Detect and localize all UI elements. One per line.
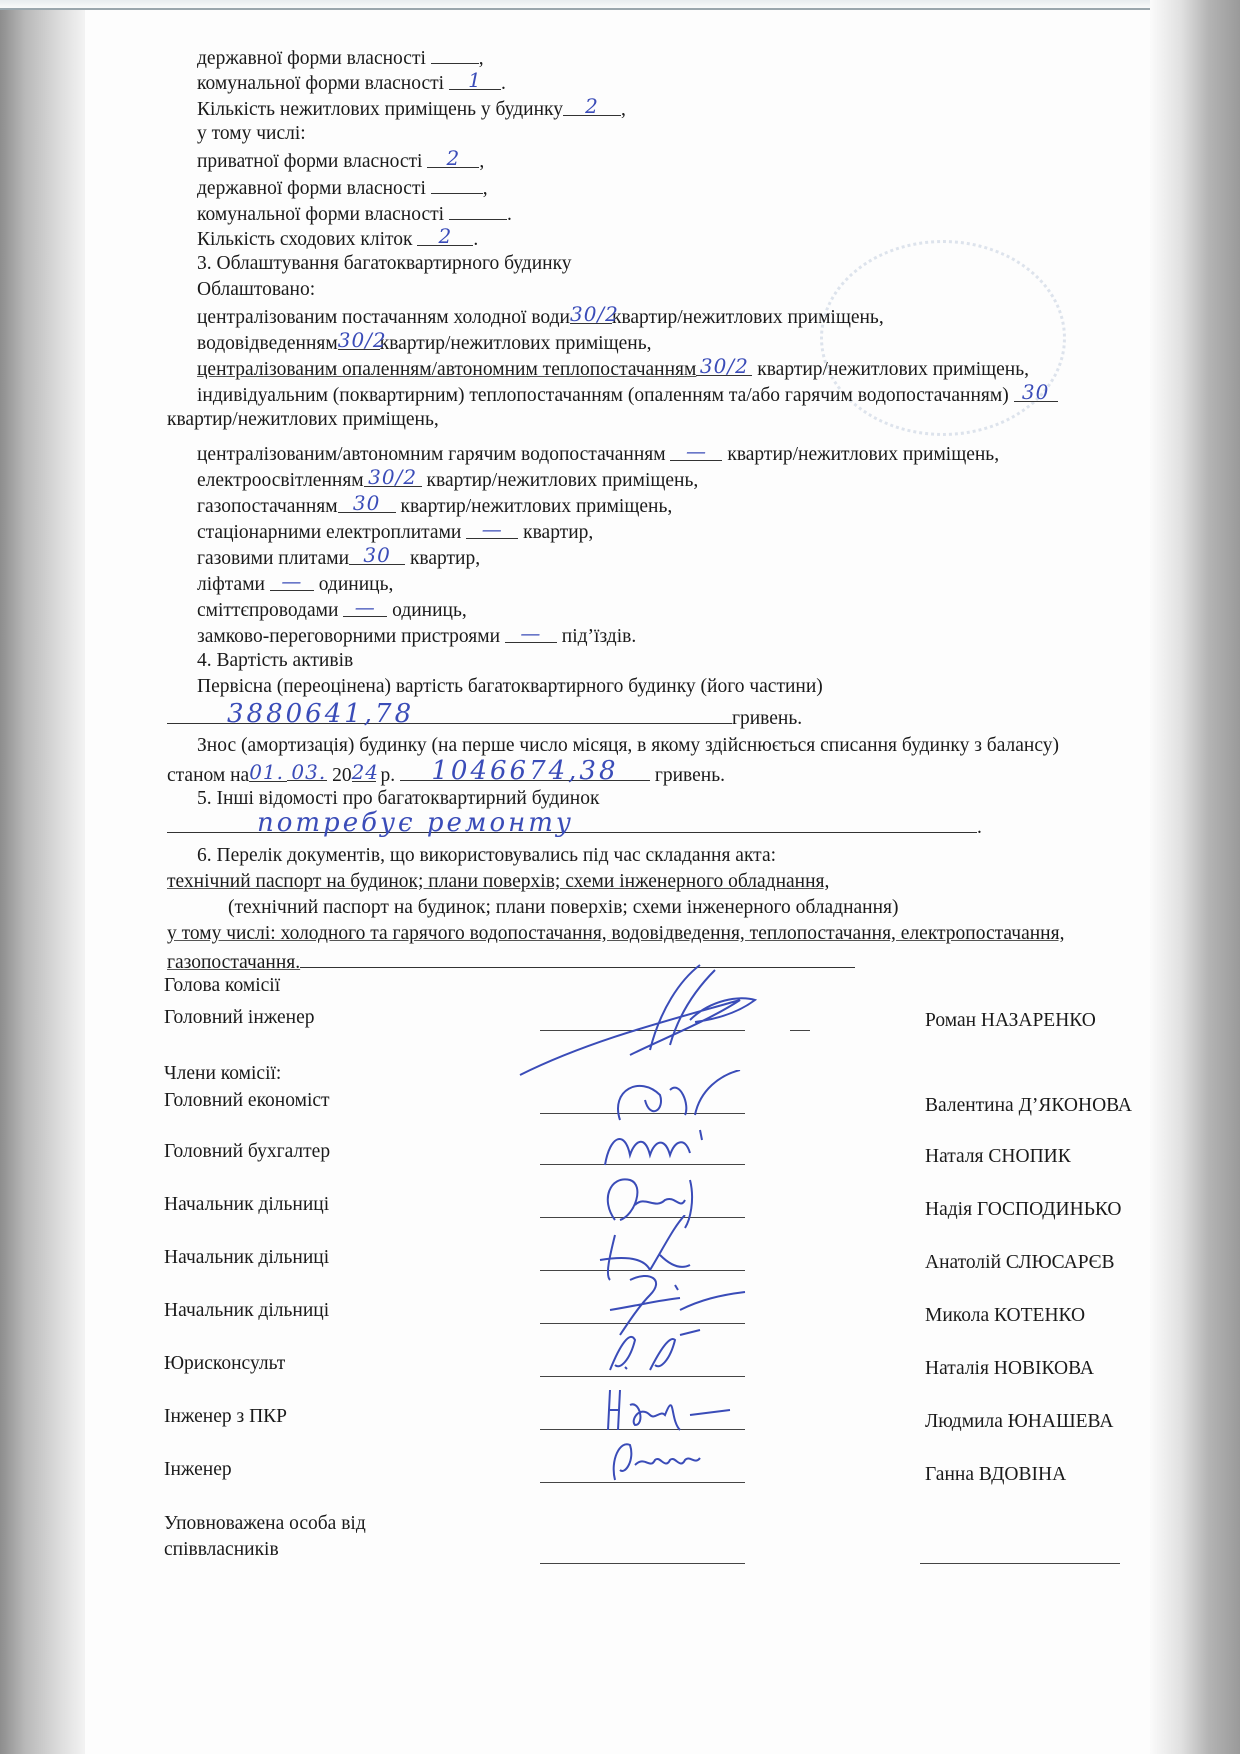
scan-left-shadow <box>0 10 85 1754</box>
amenity-gas-supply: газопостачанням30 квартир/нежитлових при… <box>197 492 672 520</box>
coowners-label-line2: співвласників <box>164 1539 279 1561</box>
signature-scribble <box>590 1430 720 1490</box>
amenity-electric-stoves: стаціонарними електроплитами — квартир, <box>197 518 593 546</box>
coowners-signature-line[interactable] <box>540 1563 745 1564</box>
electric-stoves-field[interactable]: — <box>466 518 518 539</box>
communal-ownership-field[interactable]: 1 <box>449 69 501 90</box>
elevators-field[interactable]: — <box>270 570 314 591</box>
date-day-field[interactable]: 01. 03. <box>249 761 287 782</box>
depreciation-label: Знос (амортизація) будинку (на перше чис… <box>197 733 1059 759</box>
signer-name: Роман НАЗАРЕНКО <box>925 1010 1096 1032</box>
signature-scribble <box>590 1325 720 1380</box>
individual-heating-field[interactable]: 30 <box>1014 381 1058 402</box>
gas-supply-field[interactable]: 30 <box>338 492 396 513</box>
communal-ownership-line: комунальної форми власності 1. <box>197 69 506 97</box>
nonresidential-count-field[interactable]: 2 <box>563 95 621 116</box>
signer-name: Анатолій СЛЮСАРЄВ <box>925 1252 1115 1274</box>
amenity-electric-lighting: електроосвітленням30/2 квартир/нежитлови… <box>197 466 698 494</box>
documents-line2: у тому числі: холодного та гарячого водо… <box>167 921 1064 947</box>
signer-role: Юрисконсульт <box>164 1353 285 1375</box>
signer-name: Наталія НОВІКОВА <box>925 1358 1094 1380</box>
including-label: у тому числі: <box>197 121 306 147</box>
initial-value-field[interactable]: 3880641,78 <box>167 703 732 724</box>
private-ownership-line: приватної форми власності 2, <box>197 147 484 175</box>
signer-role: Головний економіст <box>164 1090 330 1112</box>
amenity-cold-water: централізованим постачанням холодної вод… <box>197 303 884 331</box>
cold-water-field[interactable]: 30/2 <box>570 303 612 324</box>
intercoms-field[interactable]: — <box>505 622 557 643</box>
electric-lighting-field[interactable]: 30/2 <box>364 466 422 487</box>
state-ownership-line: державної форми власності , <box>197 43 484 72</box>
signer-role: Інженер <box>164 1459 232 1481</box>
nonres-communal-ownership-line: комунальної форми власності . <box>197 199 512 228</box>
signer-name: Валентина Д’ЯКОНОВА <box>925 1095 1132 1117</box>
gas-stoves-field[interactable]: 30 <box>349 544 405 565</box>
signature-scribble <box>590 1125 730 1175</box>
amenity-individual-heating-suffix: квартир/нежитлових приміщень, <box>167 407 439 433</box>
signer-name: Микола КОТЕНКО <box>925 1305 1085 1327</box>
scan-right-shadow <box>1150 0 1240 1754</box>
nonresidential-count-line: Кількість нежитлових приміщень у будинку… <box>197 95 626 123</box>
section3-title: 3. Облаштування багатоквартирного будинк… <box>197 251 572 277</box>
documents-hint: (технічний паспорт на будинок; плани пов… <box>228 895 899 921</box>
hot-water-field[interactable]: — <box>670 440 722 461</box>
signature-line-tail <box>790 1030 810 1031</box>
nonres-state-ownership-field[interactable] <box>431 173 483 194</box>
signer-role: Головний бухгалтер <box>164 1141 330 1163</box>
signer-role: Начальник дільниці <box>164 1300 329 1322</box>
signer-role: Головний інженер <box>164 1007 315 1029</box>
coowners-name-line[interactable] <box>920 1563 1120 1564</box>
amenity-individual-heating: індивідуальним (поквартирним) теплопоста… <box>197 381 1058 409</box>
central-heating-field[interactable]: 30/2 <box>696 355 752 376</box>
signer-name: Ганна ВДОВІНА <box>925 1464 1066 1486</box>
amenity-gas-stoves: газовими плитами30 квартир, <box>197 544 480 572</box>
members-heading: Члени комісії: <box>164 1063 281 1085</box>
signature-scribble <box>600 1070 750 1130</box>
stairwells-field[interactable]: 2 <box>417 225 473 246</box>
amenity-intercoms: замково-переговорними пристроями — під’ї… <box>197 622 636 650</box>
section6-title: 6. Перелік документів, що використовувал… <box>197 843 776 869</box>
scan-top-line <box>0 8 1240 10</box>
signer-role: Інженер з ПКР <box>164 1406 287 1428</box>
nonres-state-ownership-line: державної форми власності , <box>197 173 488 202</box>
amenity-central-heating: централізованим опаленням/автономним теп… <box>197 355 1029 383</box>
section3-subtitle: Облаштовано: <box>197 277 315 303</box>
signer-name: Людмила ЮНАШЕВА <box>925 1411 1113 1433</box>
depreciation-line: станом на01. 03. 2024 р. 1046674,38 грив… <box>167 760 725 789</box>
year-field[interactable]: 24 <box>352 761 376 782</box>
signer-name: Наталя СНОПИК <box>925 1146 1071 1168</box>
state-ownership-field[interactable] <box>431 43 479 64</box>
amenity-elevators: ліфтами — одиниць, <box>197 570 393 598</box>
signer-role: Начальник дільниці <box>164 1194 329 1216</box>
other-info-field[interactable]: потребує ремонту <box>167 812 977 833</box>
section4-title: 4. Вартість активів <box>197 648 353 674</box>
amenity-hot-water: централізованим/автономним гарячим водоп… <box>197 440 999 468</box>
initial-value-label: Первісна (переоцінена) вартість багатокв… <box>197 674 823 700</box>
garbage-chutes-field[interactable]: — <box>343 596 387 617</box>
drainage-field[interactable]: 30/2 <box>338 329 380 350</box>
signer-role: Начальник дільниці <box>164 1247 329 1269</box>
initial-value-line: 3880641,78гривень. <box>167 703 802 732</box>
nonres-communal-ownership-field[interactable] <box>449 199 507 220</box>
depreciation-value-field[interactable]: 1046674,38 <box>400 760 650 781</box>
coowners-label-line1: Уповноважена особа від <box>164 1513 366 1535</box>
chair-heading: Голова комісії <box>164 975 280 997</box>
section5-value-line: потребує ремонту. <box>167 812 982 841</box>
stairwells-line: Кількість сходових кліток 2. <box>197 225 478 253</box>
private-ownership-field[interactable]: 2 <box>427 147 479 168</box>
documents-line1: технічний паспорт на будинок; плани пове… <box>167 869 829 895</box>
signer-name: Надія ГОСПОДИНЬКО <box>925 1199 1122 1221</box>
date-month-underline <box>287 760 327 781</box>
amenity-garbage-chutes: сміттєпроводами — одиниць, <box>197 596 467 624</box>
amenity-drainage: водовідведенням30/2квартир/нежитлових пр… <box>197 329 651 357</box>
